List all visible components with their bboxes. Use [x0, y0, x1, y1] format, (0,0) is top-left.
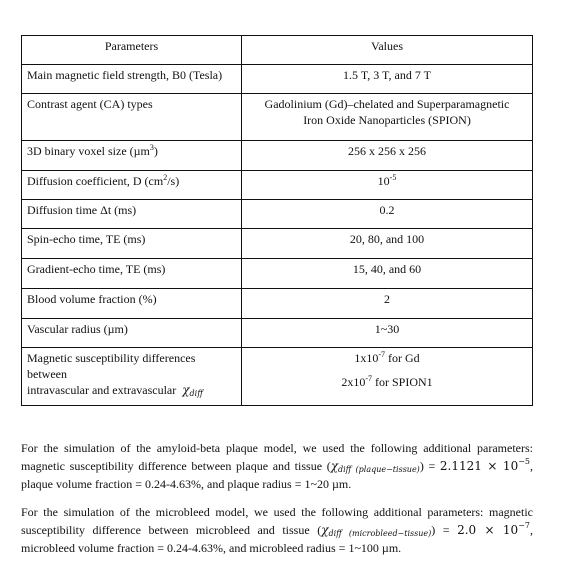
- math-base: 2.1121 × 10: [440, 459, 518, 473]
- value-cell: 1.5 T, 3 T, and 7 T: [242, 65, 533, 94]
- table-row: Contrast agent (CA) types Gadolinium (Gd…: [22, 94, 533, 141]
- table-row: Main magnetic field strength, B0 (Tesla)…: [22, 65, 533, 94]
- param-cell: Diffusion coefficient, D (cm2/s): [22, 171, 242, 200]
- chi-symbol: χdiff (plaque−tissue): [331, 459, 420, 473]
- math-exponent: −7: [518, 521, 530, 530]
- table-row: Vascular radius (µm) 1~30: [22, 319, 533, 348]
- table-row: Gradient-echo time, TE (ms) 15, 40, and …: [22, 259, 533, 289]
- value-cell: 0.2: [242, 200, 533, 229]
- value-text: for Gd: [385, 351, 420, 365]
- chi-glyph: χ: [331, 459, 338, 473]
- chi-symbol: χdiff: [182, 383, 203, 397]
- param-line: intravascular and extravascular χdiff: [27, 382, 236, 398]
- param-cell: Gradient-echo time, TE (ms): [22, 259, 242, 289]
- value-line-gd: 1x10-7 for Gd: [247, 350, 527, 366]
- table-row: Diffusion coefficient, D (cm2/s) 10-5: [22, 171, 533, 200]
- param-text: Diffusion coefficient, D (cm: [27, 174, 163, 188]
- param-cell: Vascular radius (µm): [22, 319, 242, 348]
- math-base: 2.0 × 10: [457, 523, 518, 537]
- table-row: Spin-echo time, TE (ms) 20, 80, and 100: [22, 229, 533, 259]
- value-cell: 15, 40, and 60: [242, 259, 533, 289]
- table-row: Magnetic susceptibility differences betw…: [22, 348, 533, 406]
- param-cell: Main magnetic field strength, B0 (Tesla): [22, 65, 242, 94]
- param-text: 3D binary voxel size (µm: [27, 144, 150, 158]
- table-header-row: Parameters Values: [22, 36, 533, 65]
- value-cell: 2: [242, 289, 533, 319]
- chi-subscript: diff (plaque−tissue): [338, 465, 420, 474]
- value-line: Gadolinium (Gd)–chelated and Superparama…: [247, 96, 527, 112]
- document-page: Parameters Values Main magnetic field st…: [0, 0, 577, 581]
- value-text: 1x10: [354, 351, 378, 365]
- value-cell: Gadolinium (Gd)–chelated and Superparama…: [242, 94, 533, 141]
- math-exponent: −5: [518, 457, 530, 466]
- table-row: 3D binary voxel size (µm3) 256 x 256 x 2…: [22, 141, 533, 171]
- paragraph-text: ) =: [431, 523, 457, 537]
- value-cell: 1x10-7 for Gd 2x10-7 for SPION1: [242, 348, 533, 406]
- value-text: 10: [378, 174, 390, 188]
- value-line: Iron Oxide Nanoparticles (SPION): [247, 112, 527, 128]
- chi-subscript: diff: [190, 389, 203, 398]
- value-text: 2x10: [341, 375, 365, 389]
- chi-symbol: χdiff (microbleed−tissue): [321, 523, 431, 537]
- math-value: 2.1121 × 10−5: [440, 459, 530, 473]
- paragraph-plaque: For the simulation of the amyloid-beta p…: [21, 439, 533, 493]
- header-values: Values: [242, 36, 533, 65]
- param-cell: Blood volume fraction (%): [22, 289, 242, 319]
- value-cell: 10-5: [242, 171, 533, 200]
- value-line-spion: 2x10-7 for SPION1: [247, 374, 527, 390]
- param-cell: Contrast agent (CA) types: [22, 94, 242, 141]
- table-row: Blood volume fraction (%) 2: [22, 289, 533, 319]
- chi-subscript: diff (microbleed−tissue): [328, 529, 431, 538]
- superscript: -7: [365, 374, 372, 383]
- paragraph-text: ) =: [420, 459, 440, 473]
- param-text: intravascular and extravascular: [27, 383, 176, 397]
- param-line: Magnetic susceptibility differences betw…: [27, 350, 236, 382]
- param-cell: 3D binary voxel size (µm3): [22, 141, 242, 171]
- header-parameters: Parameters: [22, 36, 242, 65]
- value-text: for SPION1: [372, 375, 433, 389]
- param-cell: Diffusion time Δt (ms): [22, 200, 242, 229]
- table-row: Diffusion time Δt (ms) 0.2: [22, 200, 533, 229]
- value-cell: 20, 80, and 100: [242, 229, 533, 259]
- value-cell: 256 x 256 x 256: [242, 141, 533, 171]
- chi-glyph: χ: [182, 383, 189, 397]
- superscript: -5: [390, 173, 397, 182]
- math-value: 2.0 × 10−7: [457, 523, 530, 537]
- param-text: /s): [167, 174, 179, 188]
- value-cell: 1~30: [242, 319, 533, 348]
- paragraph-microbleed: For the simulation of the microbleed mod…: [21, 503, 533, 557]
- param-cell: Spin-echo time, TE (ms): [22, 229, 242, 259]
- param-cell: Magnetic susceptibility differences betw…: [22, 348, 242, 406]
- param-text: ): [154, 144, 158, 158]
- superscript: -7: [378, 350, 385, 359]
- parameters-table: Parameters Values Main magnetic field st…: [21, 35, 533, 406]
